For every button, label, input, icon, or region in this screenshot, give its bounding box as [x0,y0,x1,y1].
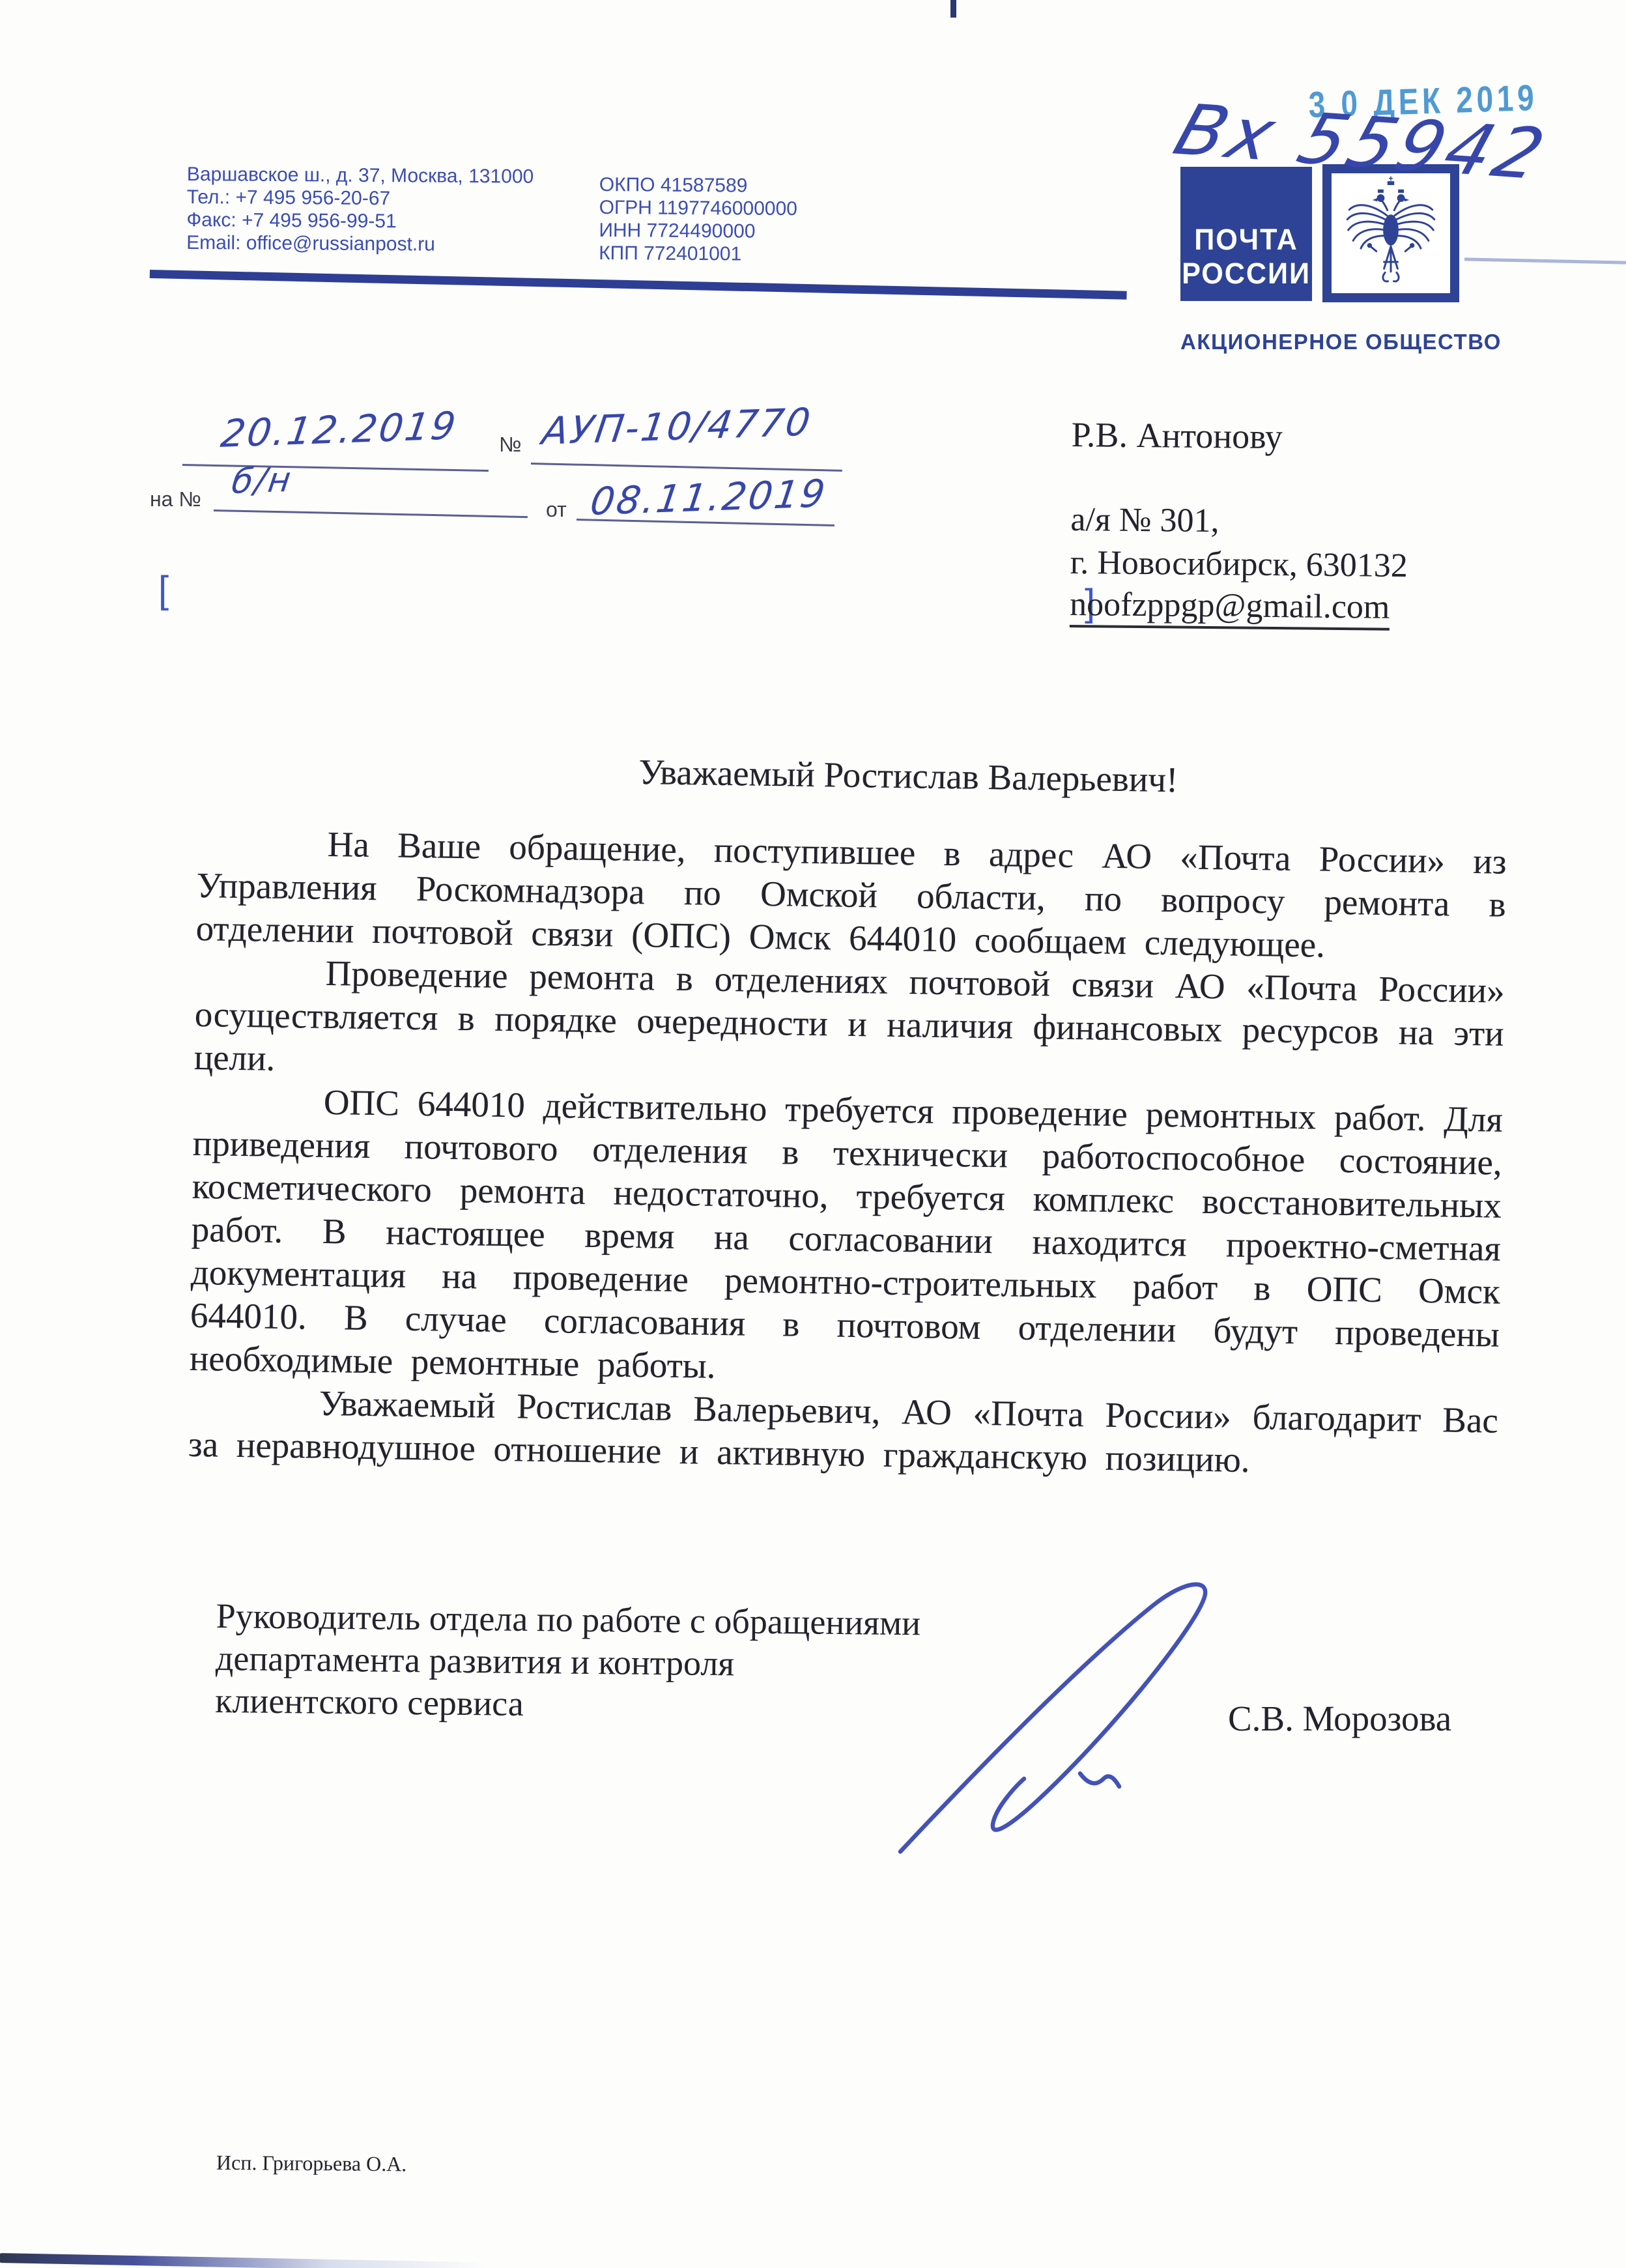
scan-artifact-bottom-edge [0,2253,486,2268]
letter-number-handwritten: АУП-10/4770 [539,399,815,453]
recipient-city: г. Новосибирск, 630132 [1070,543,1408,585]
pochta-rossii-logo-text: ПОЧТА РОССИИ [1182,223,1311,291]
date-underline [182,464,489,472]
reply-number-handwritten: б/н [229,460,295,502]
signer-position-line: департамента развития и контроля [216,1637,920,1687]
inn-line: ИНН 7724490000 [599,219,797,243]
letterhead-rule-faint [1464,257,1626,264]
letterhead-rule [150,270,1127,300]
ogrn-line: ОГРН 1197746000000 [599,196,798,220]
recipient-name: Р.В. Антонову [1071,414,1283,457]
body-paragraph: ОПС 644010 действительно требуется прове… [190,1079,1504,1400]
letterhead-email-line: Email: office@russianpost.ru [186,231,534,257]
signer-position-line: Руководитель отдела по работе с обращени… [216,1595,920,1644]
reply-underline [214,510,528,518]
org-type-label: АКЦИОНЕРНОЕ ОБЩЕСТВО [1180,330,1501,354]
recipient-block: Р.В. Антонову а/я № 301, г. Новосибирск,… [1072,414,1541,419]
letterhead-address-line: Варшавское ш., д. 37, Москва, 131000 [187,163,534,188]
body-paragraph: Проведение ремонта в отделениях почтовой… [193,950,1505,1098]
body-paragraph: На Ваше обращение, поступившее в адрес А… [195,821,1507,969]
number-underline [531,463,842,472]
salutation: Уважаемый Ростислав Валерьевич! [309,746,1508,807]
executor-line: Исп. Григорьева О.А. [216,2151,407,2177]
signer-name: С.В. Морозова [1228,1698,1451,1739]
letterhead-phone-line: Тел.: +7 495 956-20-67 [187,186,534,211]
okpo-line: ОКПО 41587589 [599,173,798,197]
handwritten-signature [860,1558,1290,1861]
letterhead-reg-block: ОКПО 41587589 ОГРН 1197746000000 ИНН 772… [599,173,797,266]
letterhead-address-block: Варшавское ш., д. 37, Москва, 131000 Тел… [186,163,534,257]
address-bracket-open: [ [158,568,169,612]
letterhead-fax-line: Факс: +7 495 956-99-51 [186,208,534,234]
double-headed-eagle-icon [1339,174,1443,293]
from-date-handwritten: 08.11.2019 [588,471,829,524]
signer-position-line: клиентского сервиса [215,1680,920,1729]
pochta-rossii-logo: ПОЧТА РОССИИ [1180,167,1312,301]
recipient-email: noofzppgp@gmail.com [1070,585,1390,631]
signer-position-block: Руководитель отдела по работе с обращени… [215,1595,920,1729]
scan-registration-mark [950,0,956,18]
letter-date-handwritten: 20.12.2019 [218,403,460,456]
scanned-letter-page: Варшавское ш., д. 37, Москва, 131000 Тел… [0,0,1626,2268]
letter-body: Уважаемый Ростислав Валерьевич! На Ваше … [188,744,1508,1486]
number-label: № [499,433,521,457]
from-date-label: от [546,498,567,522]
reply-to-label: на № [150,487,201,511]
recipient-po-box: а/я № 301, [1070,500,1219,540]
kpp-line: КПП 772401001 [599,242,797,266]
